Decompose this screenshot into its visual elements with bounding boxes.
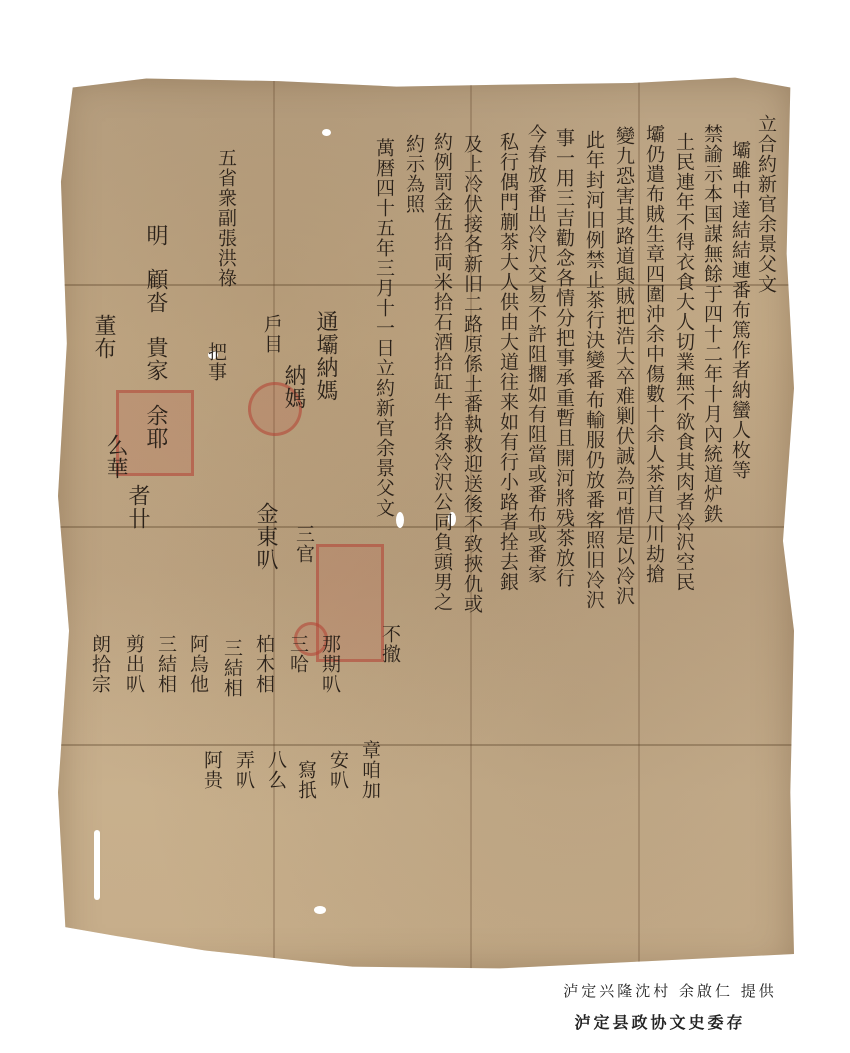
date-column: 萬暦四十五年三月十一日立約新官余景父文 <box>374 138 393 518</box>
signatory: 安叭 <box>328 750 347 790</box>
signatory: 阿烏他 <box>188 634 207 694</box>
seal-note: 不撤 <box>380 624 399 664</box>
text-column: 今春放番出冷沢交易不許阻擱如有阻當或番布或番家 <box>526 124 545 584</box>
signatory: 那期叭 <box>320 634 339 694</box>
signatory: 貴家 <box>144 336 166 382</box>
text-column: 壩雖中達結結連番布篤作者納蠻人枚等 <box>730 140 749 480</box>
manuscript-paper: 立合約新官余景父文 壩雖中達結結連番布篤作者納蠻人枚等 禁諭示本国謀無餘于四十二… <box>58 74 794 972</box>
signatory: 柏木相 <box>254 634 273 694</box>
signatory: 弄叭 <box>234 750 253 790</box>
text-column: 立合約新官余景父文 <box>756 114 775 294</box>
signatory: 余耶 <box>144 404 166 450</box>
text-column: 約示為照 <box>404 134 423 214</box>
paper-hole <box>396 512 404 528</box>
text-column: 禁諭示本国謀無餘于四十二年十月內統道炉鉄 <box>702 124 721 524</box>
signatory: 納媽 <box>282 364 304 410</box>
signatory: 董布 <box>92 314 114 360</box>
fold-line <box>638 74 640 972</box>
signatory: 剪出叭 <box>124 634 143 694</box>
signatory: 三官 <box>294 524 313 564</box>
signatory: 寫扺 <box>296 760 315 800</box>
paper-tear <box>94 830 100 900</box>
text-column: 此年封河旧例禁止茶行決變番布輸服仍放番客照旧冷沢 <box>584 130 603 610</box>
signatory: 金東叭 <box>254 502 276 571</box>
signatory: 八么 <box>266 750 285 790</box>
text-column: 私行偶門蒯茶大人供由大道往来如有行小路者拴去銀 <box>498 132 517 592</box>
text-column: 事一用三吉勸念各情分把事承重暫且開河將残茶放行 <box>554 128 573 588</box>
signatory: 阿贵 <box>202 750 221 790</box>
signatory: 三結相 <box>222 638 241 698</box>
signatory: 朗拾宗 <box>90 634 109 694</box>
signatory: 章咱加 <box>360 740 379 800</box>
text-column: 壩仍遣布賊生章四圍沖余中傷數十余人茶首尺川劫搶 <box>644 124 663 584</box>
text-column: 土民連年不得衣食大人切業無不欲食其肉者冷沢空民 <box>674 132 693 592</box>
signatory: 戶目 <box>262 314 281 354</box>
signatory: 么華 <box>104 434 126 480</box>
signatory: 顧沓 <box>144 268 166 314</box>
signatory: 明 <box>144 224 166 247</box>
signatory: 五省衆副張洪祿 <box>216 148 235 288</box>
text-column: 變九恐害其路道與賊把浩大卒难剿伏誠為可惜是以冷沢 <box>614 126 633 606</box>
caption-archive: 泸定县政协文史委存 <box>550 1010 770 1033</box>
fold-line <box>58 744 794 746</box>
paper-hole <box>322 129 331 136</box>
text-column: 及上冷伏接各新旧二路原係土番執救迎送後不致挾仇或 <box>462 134 481 614</box>
paper-hole <box>314 906 326 914</box>
signatory: 三結相 <box>156 634 175 694</box>
text-column: 約例罰金伍拾両米拾石酒拾缸牛拾条冷沢公同負頭男之 <box>432 132 451 612</box>
caption-provider: 泸定兴隆沈村 余啟仁 提供 <box>550 980 790 1001</box>
signatory: 通壩納媽 <box>314 310 336 402</box>
signatory: 把事 <box>206 342 225 382</box>
signatory: 者卄 <box>126 484 148 530</box>
signatory: 三哈 <box>288 634 307 674</box>
